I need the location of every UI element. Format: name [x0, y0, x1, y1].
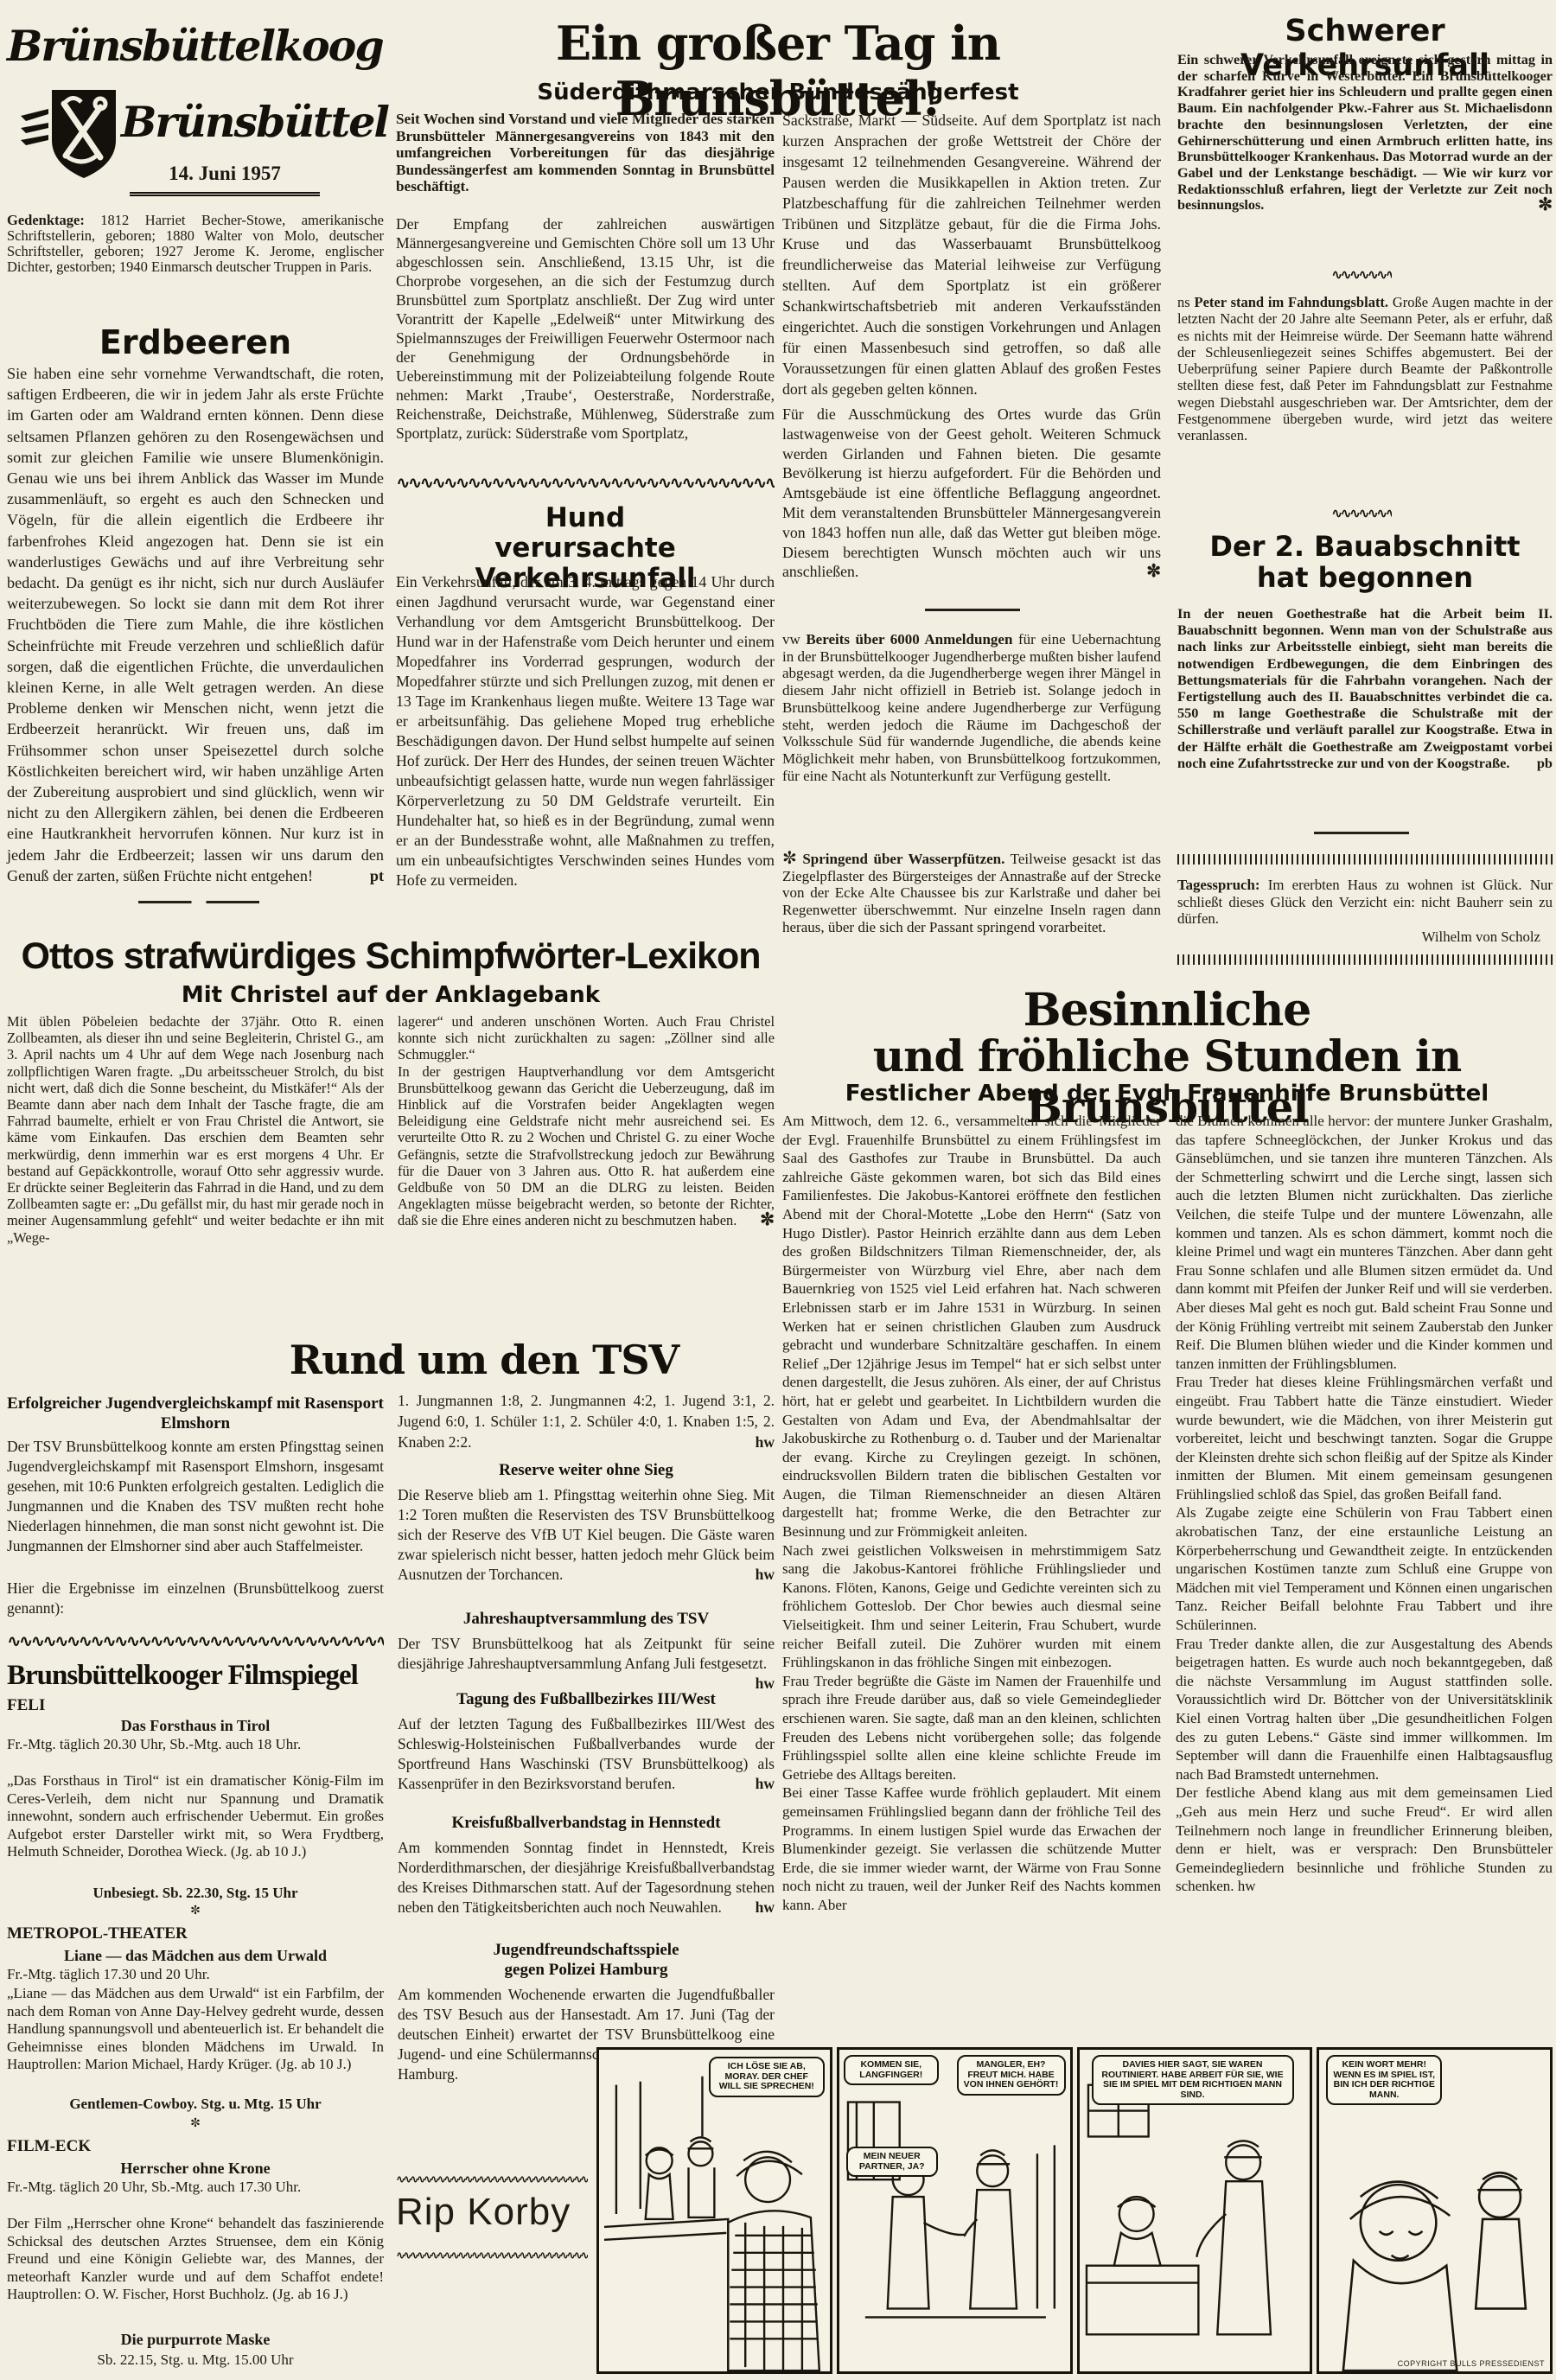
besinnliche-col1: Am Mittwoch, dem 12. 6., versammelten si… [782, 1112, 1161, 2045]
brief-anmeldungen-text: für eine Uebernachtung in der Brunsbütte… [782, 631, 1161, 784]
hatch-rule [1177, 854, 1553, 865]
fahndung-text: Große Augen machte in der letzten Nacht … [1177, 294, 1553, 443]
tsv-vergleichskampf-headline: Erfolgreicher Jugendvergleichskampf mit … [7, 1394, 384, 1433]
speech-bubble: KOMMEN SIE, LANGFINGER! [844, 2055, 939, 2085]
comic-title: Rip Korby [396, 2191, 595, 2234]
tsv-tagung-headline: Tagung des Fußballbezirkes III/West [398, 1690, 775, 1709]
besinnliche-col2: die Blumen kommen alle hervor: der munte… [1176, 1112, 1553, 2045]
film-review-liane: „Liane — das Mädchen aus dem Urwald“ ist… [7, 1985, 384, 2074]
ottos-col2-para2-text: In der gestrigen Hauptverhandlung vor de… [398, 1063, 775, 1229]
comic-panel-2-art [839, 2050, 1070, 2371]
besinnliche-col1-para3: Frau Treder begrüßte die Gäste im Namen … [782, 1672, 1161, 1784]
small-squiggle: ∿∿∿∿∿∿∿∿∿∿∿∿∿∿∿∿∿∿∿∿∿∿∿∿∿∿∿∿∿∿∿∿∿∿∿∿∿∿∿∿… [1331, 266, 1392, 283]
comic-panel-2: KOMMEN SIE, LANGFINGER! MANGLER, EH? FRE… [837, 2047, 1073, 2374]
bauabschnitt-signoff: pb [1530, 755, 1553, 771]
besinnliche-col1-para4: Bei einer Tasse Kaffee wurde fröhlich ge… [782, 1783, 1161, 1914]
tsv-kreisverbandstag-headline: Kreisfußballverbandstag in Hennstedt [398, 1814, 775, 1833]
verkehrsunfall-text: Ein schwerer Verkehrsunfall ereignete si… [1177, 52, 1553, 213]
film-extra-gentlemen-cowboy: Gentlemen-Cowboy. Stg. u. Mtg. 15 Uhr [7, 2096, 384, 2113]
masthead-date: 14. Juni 1957 [130, 163, 320, 196]
ottos-col1: Mit üblen Pöbeleien bedachte der 37jähr.… [7, 1013, 384, 1246]
ottos-headline: Ottos strafwürdiges Schimpfwörter-Lexiko… [7, 935, 775, 978]
section-short-rule [925, 609, 1020, 611]
comic-panel-4: KEIN WORT MEHR! WENN ES IM SPIEL IST, BI… [1317, 2047, 1553, 2374]
article-end-star-icon: ✼ [753, 1212, 775, 1228]
besinnliche-col1-para1: Am Mittwoch, dem 12. 6., versammelten si… [782, 1112, 1161, 1541]
comic-panel-1-art [599, 2050, 830, 2371]
speech-bubble: KEIN WORT MEHR! WENN ES IM SPIEL IST, BI… [1326, 2055, 1442, 2105]
film-extra-unbesiegt-text: Unbesiegt. Sb. 22.30, Stg. 15 Uhr [92, 1885, 297, 1901]
gedenktage-label: Gedenktage: [7, 212, 85, 228]
film-extra-unbesiegt: Unbesiegt. Sb. 22.30, Stg. 15 Uhr [7, 1885, 384, 1902]
erdbeeren-end-rule [138, 901, 259, 903]
article-end-star-icon: ✼ [1531, 197, 1553, 214]
film-review-herrscher: Der Film „Herrscher ohne Krone“ behandel… [7, 2215, 384, 2304]
tsv-tagung-body: Auf der letzten Tagung des Fußballbezirk… [398, 1714, 775, 1794]
correspondent-code: vw [782, 631, 806, 648]
comic-title-squiggle-bottom: ∿∿∿∿∿∿∿∿∿∿∿∿∿∿∿∿∿∿∿∿∿∿∿∿∿∿∿∿∿∿∿∿∿∿∿∿∿∿∿∿… [396, 2249, 588, 2262]
saengerfest-para3: Sackstraße, Markt — Südseite. Auf dem Sp… [782, 111, 1161, 400]
list-star-icon: ✼ [7, 1904, 384, 1918]
saengerfest-para4: Für die Ausschmückung des Ortes wurde da… [782, 405, 1161, 582]
correspondent-code: ns [1177, 294, 1195, 310]
separator-squiggle: ∿∿∿∿∿∿∿∿∿∿∿∿∿∿∿∿∿∿∿∿∿∿∿∿∿∿∿∿∿∿∿∿∿∿∿∿∿∿∿∿… [7, 1630, 384, 1651]
tsv-tagung-text: Auf der letzten Tagung des Fußballbezirk… [398, 1715, 775, 1792]
tsv-jahreshauptversammlung-headline: Jahreshauptversammlung des TSV [398, 1610, 775, 1629]
hund-body: Ein Verkehrsunfall, der am 3. 4. mittags… [396, 572, 775, 890]
ottos-col2-para1: lagerer“ und anderen unschönen Worten. A… [398, 1013, 775, 1063]
tsv-jugendspiele-headline: Jugendfreundschaftsspiele gegen Polizei … [398, 1940, 775, 1980]
bauabschnitt-headline-line2: hat begonnen [1257, 561, 1473, 594]
comic-title-squiggle-top: ∿∿∿∿∿∿∿∿∿∿∿∿∿∿∿∿∿∿∿∿∿∿∿∿∿∿∿∿∿∿∿∿∿∿∿∿∿∿∿∿… [396, 2173, 588, 2186]
tsv-reserve-signoff: hw [749, 1565, 775, 1585]
film-review-forsthaus: „Das Forsthaus in Tirol“ ist ein dramati… [7, 1772, 384, 1861]
tsv-ergebnisse-text: 1. Jungmannen 1:8, 2. Jungmannen 4:2, 1.… [398, 1392, 775, 1451]
besinnliche-col2-para2: Frau Treder hat dieses kleine Frühlingsm… [1176, 1373, 1553, 1503]
besinnliche-col2-para4: Frau Treder dankte allen, die zur Ausges… [1176, 1635, 1553, 1784]
brief-springend-lead: Springend über Wasserpfützen. [802, 851, 1004, 867]
saengerfest-para2: Der Empfang der zahlreichen auswärtigen … [396, 214, 775, 443]
newspaper-page: Brünsbüttelkoog Brünsbüttel 14. Juni 195… [0, 0, 1556, 2380]
tagesspruch-paragraph: Tagesspruch: Im ererbten Haus zu wohnen … [1177, 877, 1553, 928]
hatch-rule [1177, 954, 1553, 965]
besinnliche-subhead: Festlicher Abend der Evgl. Frauenhilfe B… [782, 1081, 1552, 1107]
comic-copyright: Copyright Bulls Pressedienst [1398, 2359, 1545, 2368]
cinema-name-feli: FELI [7, 1696, 384, 1715]
comic-panel-1: ICH LÖSE SIE AB, MORAY. DER CHEF WILL SI… [596, 2047, 832, 2374]
tsv-ergebnisse: 1. Jungmannen 1:8, 2. Jungmannen 4:2, 1.… [398, 1390, 775, 1452]
tsv-vergleichskampf-body: Der TSV Brunsbüttelkoog konnte am ersten… [7, 1437, 384, 1556]
tagesspruch-label: Tagesspruch: [1177, 877, 1259, 893]
hund-headline-line1: Hund [545, 502, 625, 533]
brief-anmeldungen-lead: Bereits über 6000 Anmeldungen [806, 631, 1012, 648]
speech-bubble: DAVIES HIER SAGT, SIE WAREN ROUTINIERT. … [1092, 2055, 1294, 2105]
small-squiggle: ∿∿∿∿∿∿∿∿∿∿∿∿∿∿∿∿∿∿∿∿∿∿∿∿∿∿∿∿∿∿∿∿∿∿∿∿∿∿∿∿… [1331, 505, 1392, 521]
town-crest-icon [19, 83, 123, 180]
film-times-purpurrote-maske: Sb. 22.15, Stg. u. Mtg. 15.00 Uhr [7, 2351, 384, 2369]
erdbeeren-body: Sie haben eine sehr vornehme Verwandtsch… [7, 363, 384, 886]
gedenktage-paragraph: Gedenktage: 1812 Harriet Becher-Stowe, a… [7, 213, 384, 275]
film-times-herrscher: Fr.-Mtg. täglich 20 Uhr, Sb.-Mtg. auch 1… [7, 2179, 384, 2197]
brief-anmeldungen: vw Bereits über 6000 Anmeldungen für ein… [782, 631, 1161, 784]
masthead-title-line2: Brünsbüttel [121, 97, 398, 147]
saengerfest-para4-text: Für die Ausschmückung des Ortes wurde da… [782, 405, 1161, 580]
article-end-star-icon: ✼ [1139, 562, 1161, 582]
film-title-purpurrote-maske: Die purpurrote Maske [7, 2331, 384, 2349]
tsv-reserve-text: Die Reserve blieb am 1. Pfingsttag weite… [398, 1486, 775, 1583]
tsv-tagung-signoff: hw [749, 1774, 775, 1794]
tsv-reserve-headline: Reserve weiter ohne Sieg [398, 1461, 775, 1480]
tsv-jahreshauptversammlung-body: Der TSV Brunsbüttelkoog hat als Zeitpunk… [398, 1634, 775, 1694]
saengerfest-lead: Seit Wochen sind Vorstand und viele Mitg… [396, 111, 775, 195]
bauabschnitt-headline-line1: Der 2. Bauabschnitt [1209, 530, 1520, 563]
tsv-jahreshauptversammlung-text: Der TSV Brunsbüttelkoog hat als Zeitpunk… [398, 1635, 775, 1672]
bauabschnitt-headline: Der 2. Bauabschnitt hat begonnen [1177, 531, 1553, 593]
cinema-name-filmeck: FILM-ECK [7, 2137, 384, 2156]
verkehrsunfall-body: Ein schwerer Verkehrsunfall ereignete si… [1177, 52, 1553, 214]
besinnliche-headline-line1: Besinnliche [782, 984, 1552, 1037]
erdbeeren-text: Sie haben eine sehr vornehme Verwandtsch… [7, 365, 384, 884]
saengerfest-subhead: Süderdithmarscher Bundessängerfest [389, 80, 1167, 105]
filmspiegel-headline: Brunsbüttelkooger Filmspiegel [7, 1660, 384, 1692]
brief-springend: ✼ Springend über Wasserpfützen. Teilweis… [782, 851, 1161, 936]
tsv-jugendspiele-headline-line1: Jugendfreundschaftsspiele [493, 1941, 679, 1959]
erdbeeren-signoff: pt [363, 865, 384, 886]
fahndung-lead: Peter stand im Fahndungsblatt. [1195, 294, 1389, 310]
tsv-ergebnisse-signoff: hw [749, 1432, 775, 1452]
bauabschnitt-text: In der neuen Goethestraße hat die Arbeit… [1177, 605, 1553, 771]
ottos-col2-para2: In der gestrigen Hauptverhandlung vor de… [398, 1063, 775, 1229]
tagesspruch-author: Wilhelm von Scholz [1177, 928, 1540, 946]
tsv-reserve-body: Die Reserve blieb am 1. Pfingsttag weite… [398, 1485, 775, 1585]
masthead-title-line1: Brünsbüttelkoog [7, 21, 387, 71]
speech-bubble: MANGLER, EH? FREUT MICH. HABE VON IHNEN … [957, 2055, 1066, 2096]
ottos-col2: lagerer“ und anderen unschönen Worten. A… [398, 1013, 775, 1229]
tsv-kreisverbandstag-signoff: hw [749, 1898, 775, 1917]
comic-panel-3: DAVIES HIER SAGT, SIE WAREN ROUTINIERT. … [1077, 2047, 1313, 2374]
erdbeeren-headline: Erdbeeren [7, 323, 384, 361]
bauabschnitt-body: In der neuen Goethestraße hat die Arbeit… [1177, 605, 1553, 771]
saengerfest-headline: Ein großer Tag in Brunsbüttel! [389, 16, 1167, 126]
tsv-kreisverbandstag-body: Am kommenden Sonntag findet in Hennstedt… [398, 1838, 775, 1917]
brief-star-icon: ✼ [782, 849, 797, 868]
besinnliche-col2-para3: Als Zugabe zeigte eine Schülerin von Fra… [1176, 1503, 1553, 1634]
tsv-kreisverbandstag-text: Am kommenden Sonntag findet in Hennstedt… [398, 1839, 775, 1916]
separator-squiggle: ∿∿∿∿∿∿∿∿∿∿∿∿∿∿∿∿∿∿∿∿∿∿∿∿∿∿∿∿∿∿∿∿∿∿∿∿∿∿∿∿… [396, 472, 775, 493]
tsv-jugendspiele-headline-line2: gegen Polizei Hamburg [505, 1961, 668, 1979]
besinnliche-col1-para2: Nach zwei geistlichen Volksweisen in meh… [782, 1541, 1161, 1672]
fahndung-paragraph: ns Peter stand im Fahndungsblatt. Große … [1177, 294, 1553, 444]
film-title-herrscher: Herrscher ohne Krone [7, 2160, 384, 2178]
film-title-forsthaus: Das Forsthaus in Tirol [7, 1717, 384, 1735]
film-title-liane: Liane — das Mädchen aus dem Urwald [7, 1947, 384, 1965]
section-short-rule [1314, 832, 1409, 834]
film-times-forsthaus: Fr.-Mtg. täglich 20.30 Uhr, Sb.-Mtg. auc… [7, 1736, 384, 1754]
film-extra-gentlemen-text: Gentlemen-Cowboy. Stg. u. Mtg. 15 Uhr [69, 2096, 321, 2112]
list-star-icon: ✼ [7, 2116, 384, 2131]
besinnliche-col2-para1: die Blumen kommen alle hervor: der munte… [1176, 1112, 1553, 1373]
speech-bubble: MEIN NEUER PARTNER, JA? [846, 2147, 938, 2177]
comic-strip: ICH LÖSE SIE AB, MORAY. DER CHEF WILL SI… [596, 2047, 1553, 2374]
tsv-vergleichskampf-body2: Hier die Ergebnisse im einzelnen (Brunsb… [7, 1579, 384, 1618]
besinnliche-col2-para5: Der festliche Abend klang aus mit dem ge… [1176, 1783, 1553, 1896]
cinema-name-metropol: METROPOL-THEATER [7, 1924, 384, 1943]
film-times-liane: Fr.-Mtg. täglich 17.30 und 20 Uhr. [7, 1966, 384, 1984]
ottos-subhead: Mit Christel auf der Anklagebank [7, 982, 775, 1008]
speech-bubble: ICH LÖSE SIE AB, MORAY. DER CHEF WILL SI… [709, 2057, 825, 2097]
